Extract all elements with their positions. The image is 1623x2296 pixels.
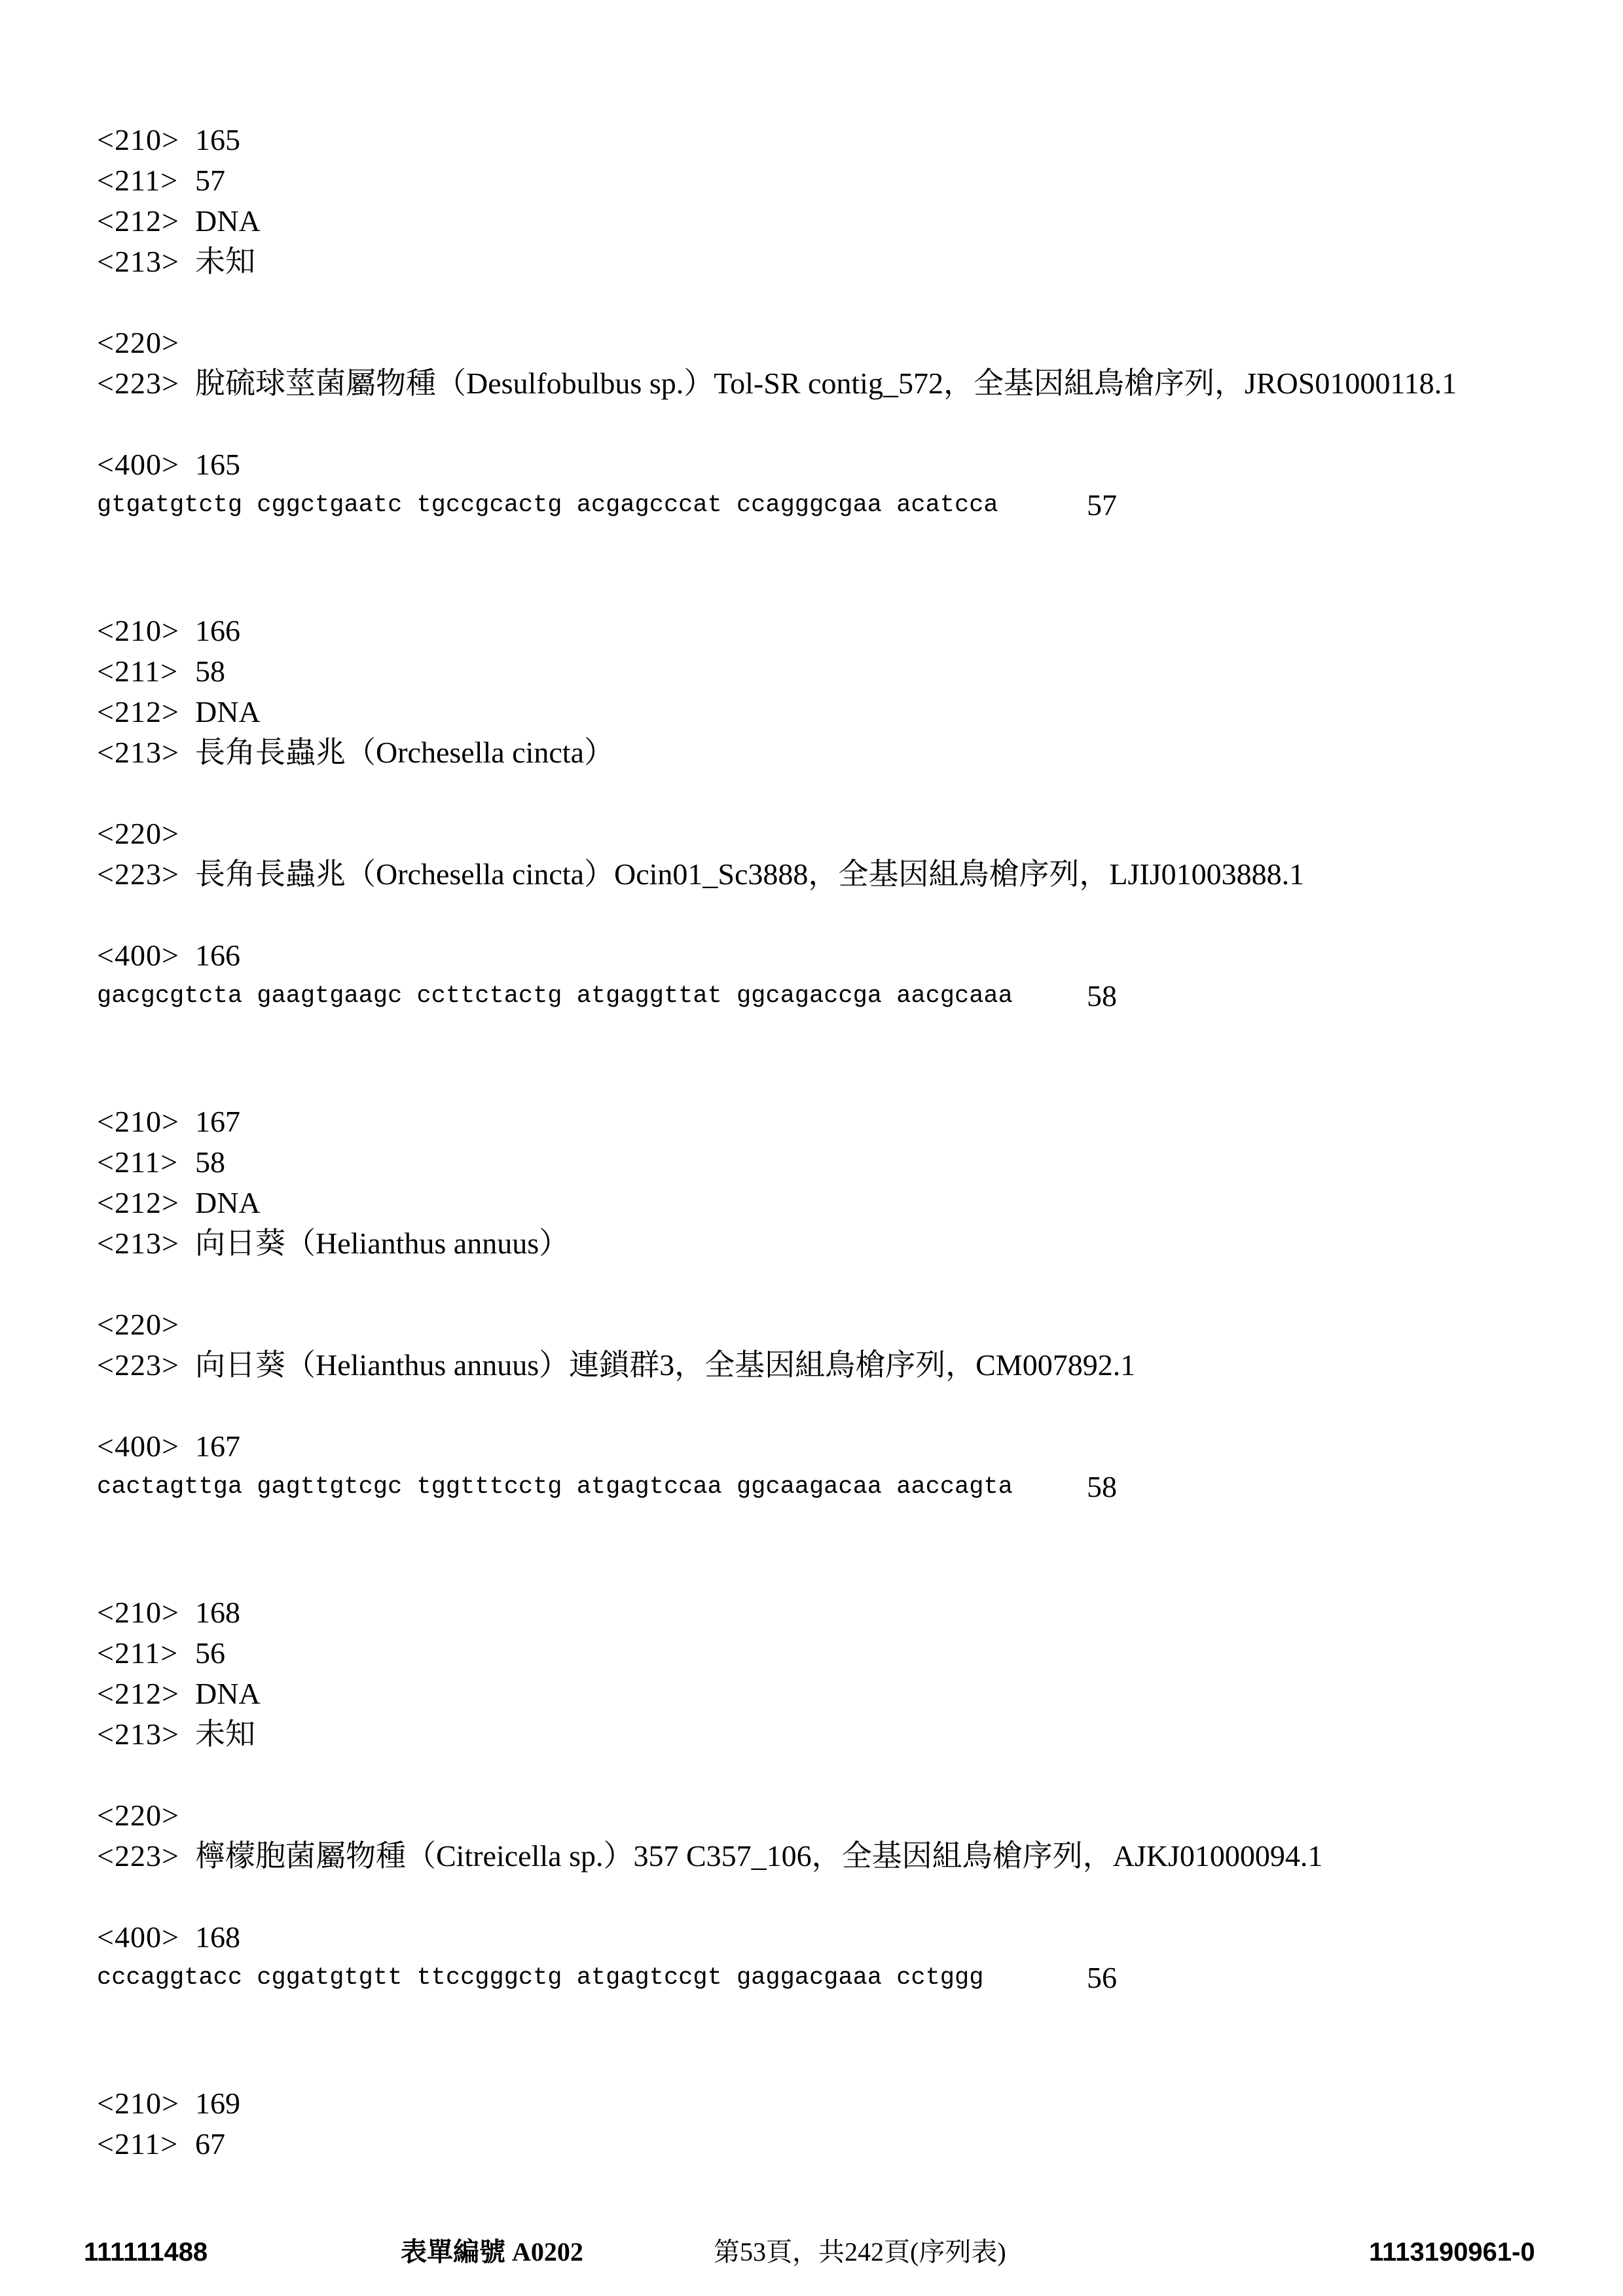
residue-count: 57 [1087,485,1117,526]
sequence-data-line: gtgatgtctg cggctgaatc tgccgcactg acgagcc… [97,485,1584,526]
seq-id-line: <210>166 [97,611,1584,651]
sequence-header-line: <400>167 [97,1426,1584,1467]
sequence-entry-partial: <210>169 <211>67 [97,2083,1584,2164]
application-number: 111111488 [84,2235,208,2269]
organism-line: <213>未知 [97,242,1584,282]
value-length: 67 [195,2127,225,2161]
value-molecule-type: DNA [195,695,261,728]
tag-220: <220> [97,323,195,363]
value-seq-number: 169 [195,2087,240,2120]
value-seq-number-ref: 167 [195,1429,240,1463]
value-description: 向日葵（Helianthus annuus）連鎖群3，全基因組鳥槍序列，CM00… [195,1348,1135,1382]
value-organism: 向日葵（Helianthus annuus） [195,1227,569,1260]
type-line: <212>DNA [97,1183,1584,1223]
form-number: 表單編號 A0202 [401,2235,583,2269]
description-line: <223>檸檬胞菌屬物種（Citreicella sp.）357 C357_10… [97,1836,1584,1876]
sequence-entry: <210>166 <211>58 <212>DNA <213>長角長蟲兆（Orc… [97,611,1584,1016]
page-indicator: 第53頁，共242頁(序列表) [714,2235,1006,2269]
value-molecule-type: DNA [195,1186,261,1219]
seq-id-line: <210>167 [97,1102,1584,1142]
tag-210: <210> [97,2083,195,2124]
tag-400: <400> [97,1917,195,1958]
sequence-text: cccaggtacc cggatgtgtt ttccgggctg atgagtc… [97,1964,983,1992]
type-line: <212>DNA [97,692,1584,732]
tag-220: <220> [97,814,195,854]
tag-212: <212> [97,692,195,732]
tag-223: <223> [97,1345,195,1386]
residue-count: 58 [1087,976,1117,1016]
length-line: <211>67 [97,2124,1584,2164]
sequence-text: gtgatgtctg cggctgaatc tgccgcactg acgagcc… [97,492,998,519]
tag-211: <211> [97,1142,195,1183]
tag-211: <211> [97,160,195,201]
tag-213: <213> [97,732,195,773]
value-length: 58 [195,1145,225,1179]
description-line: <223>脫硫球莖菌屬物種（Desulfobulbus sp.）Tol-SR c… [97,363,1584,404]
organism-line: <213>未知 [97,1714,1584,1755]
sequence-header-line: <400>165 [97,444,1584,485]
seq-id-line: <210>168 [97,1592,1584,1633]
length-line: <211>58 [97,1142,1584,1183]
tag-223: <223> [97,1836,195,1876]
tag-210: <210> [97,1102,195,1142]
value-seq-number: 168 [195,1596,240,1629]
sequence-listing-page: <210>165 <211>57 <212>DNA <213>未知 <220> … [0,0,1623,2296]
tag-400: <400> [97,1426,195,1467]
feature-line: <220> [97,323,1584,363]
residue-count: 56 [1087,1958,1117,1998]
value-description: 脫硫球莖菌屬物種（Desulfobulbus sp.）Tol-SR contig… [195,367,1457,400]
tag-400: <400> [97,935,195,976]
seq-id-line: <210>165 [97,120,1584,160]
tag-212: <212> [97,201,195,242]
tag-223: <223> [97,854,195,895]
description-line: <223>長角長蟲兆（Orchesella cincta）Ocin01_Sc38… [97,854,1584,895]
value-seq-number-ref: 168 [195,1920,240,1954]
value-seq-number-ref: 166 [195,939,240,972]
tag-211: <211> [97,651,195,692]
organism-line: <213>向日葵（Helianthus annuus） [97,1223,1584,1264]
value-molecule-type: DNA [195,1677,261,1710]
value-length: 58 [195,655,225,688]
length-line: <211>57 [97,160,1584,201]
value-seq-number: 165 [195,123,240,156]
sequence-header-line: <400>166 [97,935,1584,976]
sequence-entry: <210>168 <211>56 <212>DNA <213>未知 <220> … [97,1592,1584,1998]
length-line: <211>56 [97,1633,1584,1674]
value-description: 長角長蟲兆（Orchesella cincta）Ocin01_Sc3888，全基… [195,857,1304,891]
tag-220: <220> [97,1304,195,1345]
sequence-header-line: <400>168 [97,1917,1584,1958]
residue-count: 58 [1087,1467,1117,1507]
type-line: <212>DNA [97,1674,1584,1714]
tag-211: <211> [97,2124,195,2164]
value-seq-number: 166 [195,614,240,647]
sequence-data-line: cactagttga gagttgtcgc tggtttcctg atgagtc… [97,1467,1584,1507]
organism-line: <213>長角長蟲兆（Orchesella cincta） [97,732,1584,773]
length-line: <211>58 [97,651,1584,692]
sequence-text: gacgcgtcta gaagtgaagc ccttctactg atgaggt… [97,982,1013,1010]
tag-400: <400> [97,444,195,485]
sequence-data-line: gacgcgtcta gaagtgaagc ccttctactg atgaggt… [97,976,1584,1016]
type-line: <212>DNA [97,201,1584,242]
value-organism: 未知 [195,245,255,278]
page-content: <210>165 <211>57 <212>DNA <213>未知 <220> … [97,120,1584,2164]
tag-210: <210> [97,611,195,651]
value-length: 57 [195,164,225,197]
tag-223: <223> [97,363,195,404]
seq-id-line: <210>169 [97,2083,1584,2124]
document-number: 1113190961-0 [1369,2235,1535,2269]
value-organism: 未知 [195,1717,255,1751]
value-seq-number: 167 [195,1105,240,1138]
feature-line: <220> [97,1795,1584,1836]
tag-210: <210> [97,1592,195,1633]
value-molecule-type: DNA [195,204,261,238]
sequence-data-line: cccaggtacc cggatgtgtt ttccgggctg atgagtc… [97,1958,1584,1998]
feature-line: <220> [97,814,1584,854]
value-organism: 長角長蟲兆（Orchesella cincta） [195,736,614,769]
sequence-entry: <210>167 <211>58 <212>DNA <213>向日葵（Helia… [97,1102,1584,1507]
tag-213: <213> [97,1223,195,1264]
sequence-text: cactagttga gagttgtcgc tggtttcctg atgagtc… [97,1473,1013,1501]
value-seq-number-ref: 165 [195,448,240,481]
tag-213: <213> [97,1714,195,1755]
tag-210: <210> [97,120,195,160]
feature-line: <220> [97,1304,1584,1345]
tag-213: <213> [97,242,195,282]
description-line: <223>向日葵（Helianthus annuus）連鎖群3，全基因組鳥槍序列… [97,1345,1584,1386]
tag-211: <211> [97,1633,195,1674]
tag-212: <212> [97,1674,195,1714]
value-description: 檸檬胞菌屬物種（Citreicella sp.）357 C357_106，全基因… [195,1839,1322,1873]
value-length: 56 [195,1636,225,1670]
tag-220: <220> [97,1795,195,1836]
tag-212: <212> [97,1183,195,1223]
sequence-entry: <210>165 <211>57 <212>DNA <213>未知 <220> … [97,120,1584,526]
